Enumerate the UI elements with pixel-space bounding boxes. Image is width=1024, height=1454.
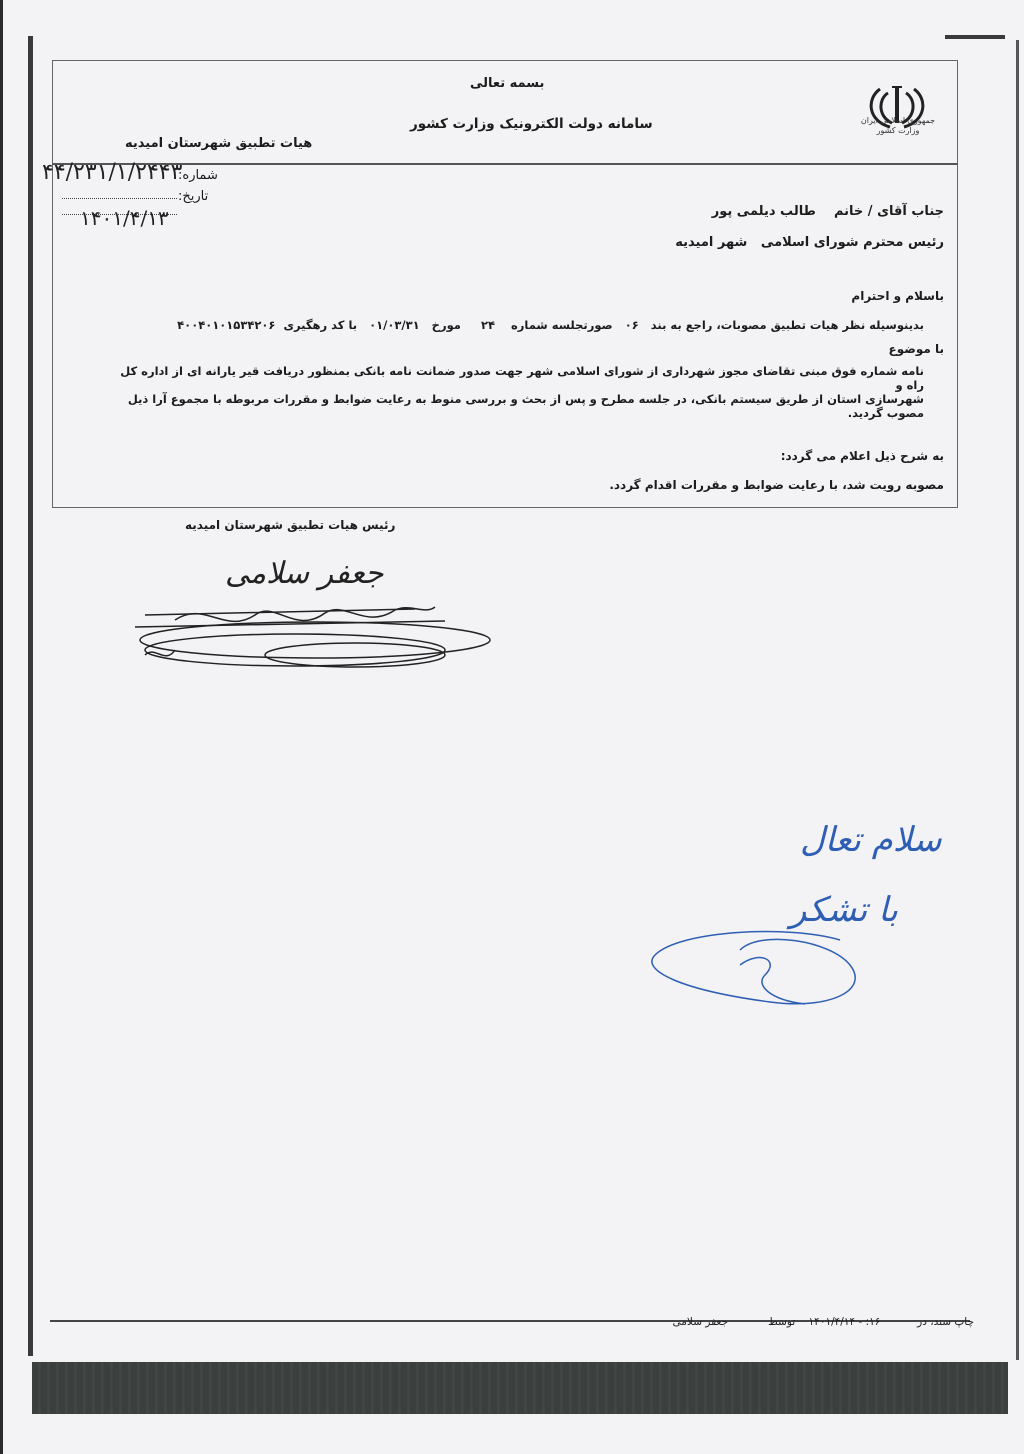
scan-border-left (28, 36, 33, 1356)
handwritten-annotation-line1: سلام تعال (800, 820, 942, 860)
ref-intro: بدینوسیله نظر هیات تطبیق مصوبات، راجع به… (651, 318, 924, 332)
invocation: بسمه تعالی (470, 76, 544, 91)
reference-line: بدینوسیله نظر هیات تطبیق مصوبات، راجع به… (177, 318, 924, 332)
emblem-caption-line1: جمهوری اسلامی ایران (858, 116, 938, 126)
salutation-prefix: جناب آقای / خانم (834, 204, 944, 219)
signature-scribble-icon (115, 595, 495, 680)
decision: مصوبه رویت شد، با رعایت ضوابط و مقررات ا… (609, 478, 944, 492)
subject-label: با موضوع (889, 342, 944, 356)
ref-clause: ۰۶ (625, 318, 639, 332)
print-info: چاپ سند، در ۱۶: - ۱۴۰۱/۴/۱۴ توسط جعفر سل… (673, 1316, 974, 1328)
number-label: شماره: (178, 168, 218, 183)
blue-signature-icon (640, 920, 880, 1010)
printed-by: جعفر سلامی (673, 1316, 728, 1328)
header-divider (52, 163, 958, 165)
subject-line-3: مصوب گردید. (104, 406, 924, 420)
ref-minutes-label: صورتجلسه شماره (511, 318, 613, 332)
scan-edge-left (0, 0, 3, 1454)
recipient-title: رئیس محترم شورای اسلامی (761, 235, 944, 250)
system-title: سامانه دولت الکترونیک وزارت کشور (410, 116, 653, 132)
print-label: چاپ سند، در (917, 1316, 974, 1328)
ref-dated-value: ۰۱/۰۳/۳۱ (369, 318, 420, 332)
subject-line-2: شهرسازی استان از طریق سیستم بانکی، در جل… (104, 392, 924, 406)
recipient-name: طالب دیلمی پور (712, 204, 816, 219)
issuer-name: هیات تطبیق شهرستان امیدیه (125, 136, 312, 151)
emblem-caption: جمهوری اسلامی ایران وزارت کشور (858, 116, 938, 136)
greeting: باسلام و احترام (851, 289, 944, 303)
signatory-role: رئیس هیات تطبیق شهرستان امیدیه (185, 518, 395, 532)
recipient-city: شهر امیدیه (675, 235, 747, 250)
ref-minutes-number: ۲۴ (481, 318, 495, 332)
scan-bottom-bar (32, 1362, 1008, 1414)
ref-tracking-code: ۴۰۰۴۰۱۰۱۵۳۴۲۰۶ (177, 318, 275, 332)
subject-line-1: نامه شماره فوق مبنی تقاضای مجوز شهرداری … (104, 364, 924, 392)
date-label: تاریخ: (178, 189, 208, 204)
ref-tracking-label: با کد رهگیری (283, 318, 357, 332)
print-time: ۱۶: - ۱۴۰۱/۴/۱۴ (809, 1316, 881, 1328)
scan-border-top-right (945, 35, 1005, 39)
emblem-caption-line2: وزارت کشور (858, 126, 938, 136)
letter-date: ۱۴۰۱/۴/۱۳ (80, 206, 169, 230)
subject-paragraph: نامه شماره فوق مبنی تقاضای مجوز شهرداری … (104, 364, 924, 420)
announcement: به شرح ذیل اعلام می گردد: (781, 449, 944, 463)
recipient-title-line: رئیس محترم شورای اسلامی شهر امیدیه (675, 235, 944, 250)
print-by-label: توسط (768, 1316, 795, 1328)
recipient-line: جناب آقای / خانم طالب دیلمی پور (712, 204, 944, 219)
scan-edge-right (1016, 40, 1019, 1360)
handwritten-signatory-name: جعفر سلامی (225, 556, 383, 591)
letter-number: ۴۴/۲۳۱/۱/۲۴۴۳ (42, 160, 182, 185)
ref-dated-label: مورخ (432, 318, 461, 332)
iran-emblem-icon (862, 68, 932, 148)
